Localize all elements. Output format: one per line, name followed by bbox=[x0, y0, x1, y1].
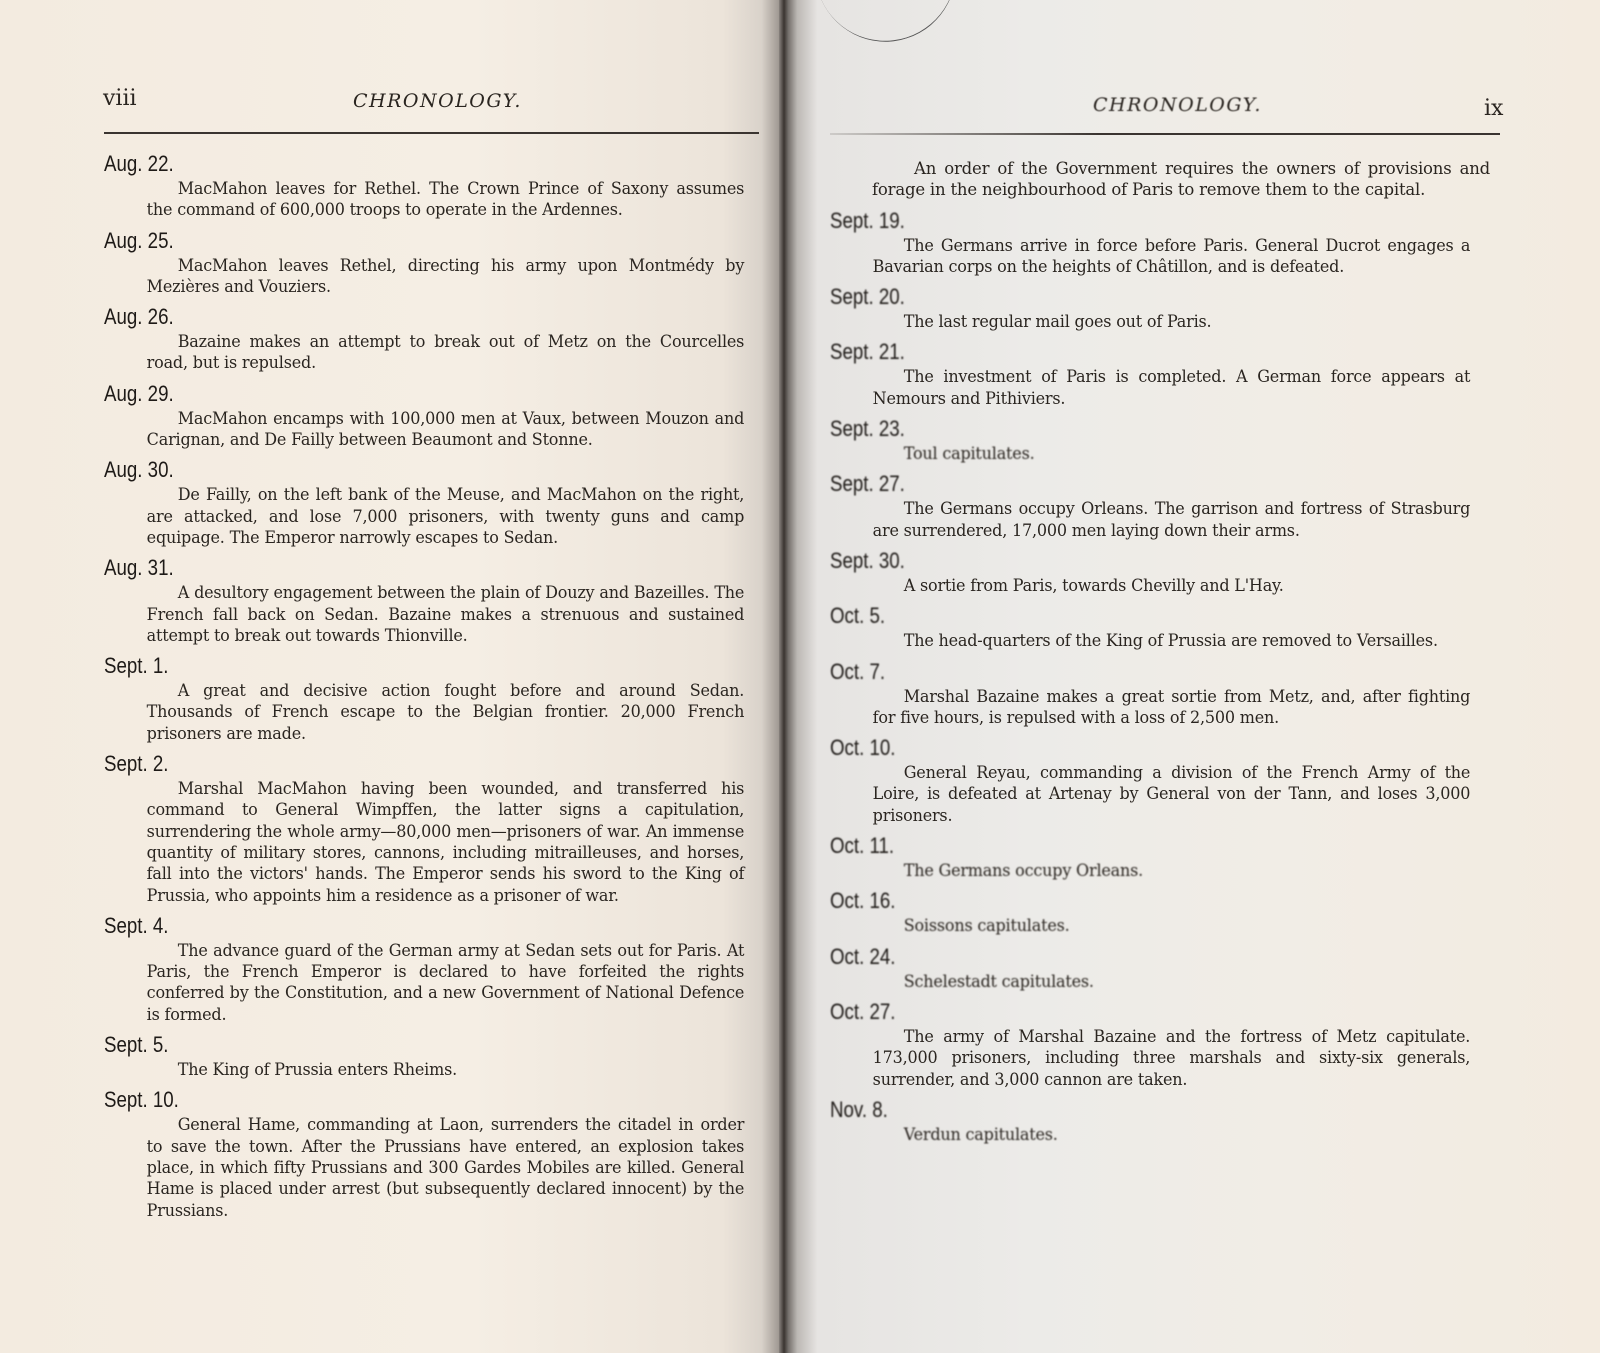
entry: Sept. 23.Toul capitulates. bbox=[830, 415, 1490, 464]
entry-text: A sortie from Paris, towards Chevilly an… bbox=[830, 575, 1470, 596]
entry-text: A great and decisive action fought befor… bbox=[104, 680, 744, 744]
entry-date: Sept. 5. bbox=[104, 1031, 665, 1059]
entry-date: Aug. 31. bbox=[104, 554, 665, 582]
right-running-title: CHRONOLOGY. bbox=[1093, 94, 1262, 116]
left-page-clip: Aug. 22.MacMahon leaves for Rethel. The … bbox=[0, 0, 770, 1353]
entry-date: Aug. 30. bbox=[104, 456, 665, 484]
continued-entry-text: An order of the Government requires the … bbox=[830, 158, 1490, 201]
entry-text: A desultory engagement between the plain… bbox=[104, 582, 744, 646]
entry-text: General Hame, commanding at Laon, surren… bbox=[104, 1114, 744, 1220]
entry-date: Oct. 5. bbox=[830, 602, 1391, 630]
entry-text: Marshal MacMahon having been wounded, an… bbox=[104, 778, 744, 906]
entry: Aug. 29.MacMahon encamps with 100,000 me… bbox=[104, 380, 764, 451]
entry-text: Verdun capitulates. bbox=[830, 1124, 1470, 1145]
entry-text: Bazaine makes an attempt to break out of… bbox=[104, 331, 744, 374]
entry-date: Aug. 22. bbox=[104, 150, 665, 178]
entry-date: Sept. 27. bbox=[830, 470, 1391, 498]
entry-text: The army of Marshal Bazaine and the fort… bbox=[830, 1026, 1470, 1090]
entry: Sept. 19.The Germans arrive in force bef… bbox=[830, 207, 1490, 278]
entry-date: Sept. 10. bbox=[104, 1086, 665, 1114]
entry: Sept. 21.The investment of Paris is comp… bbox=[830, 338, 1490, 409]
entry-text: Soissons capitulates. bbox=[830, 915, 1470, 936]
entry-date: Sept. 21. bbox=[830, 338, 1391, 366]
entry-date: Aug. 29. bbox=[104, 380, 665, 408]
entry-date: Oct. 16. bbox=[830, 887, 1391, 915]
entry: Sept. 10.General Hame, commanding at Lao… bbox=[104, 1086, 764, 1220]
entry: Sept. 30.A sortie from Paris, towards Ch… bbox=[830, 547, 1490, 596]
entry: Aug. 26.Bazaine makes an attempt to brea… bbox=[104, 303, 764, 374]
entry: Oct. 5.The head-quarters of the King of … bbox=[830, 602, 1490, 651]
entry-text: General Reyau, commanding a division of … bbox=[830, 762, 1470, 826]
entry: Aug. 25.MacMahon leaves Rethel, directin… bbox=[104, 227, 764, 298]
entry: Nov. 8.Verdun capitulates. bbox=[830, 1096, 1490, 1145]
entry: Oct. 11.The Germans occupy Orleans. bbox=[830, 832, 1490, 881]
entry-date: Oct. 24. bbox=[830, 943, 1391, 971]
right-header-rule bbox=[830, 133, 1500, 135]
entry-date: Oct. 11. bbox=[830, 832, 1391, 860]
entry: Sept. 1.A great and decisive action foug… bbox=[104, 652, 764, 744]
entry: Oct. 27.The army of Marshal Bazaine and … bbox=[830, 998, 1490, 1090]
entry-text: Schelestadt capitulates. bbox=[830, 971, 1470, 992]
entry-date: Sept. 23. bbox=[830, 415, 1391, 443]
entry: Sept. 27.The Germans occupy Orleans. The… bbox=[830, 470, 1490, 541]
entry-text: Toul capitulates. bbox=[830, 443, 1470, 464]
entry-text: MacMahon leaves for Rethel. The Crown Pr… bbox=[104, 178, 744, 221]
right-entries: An order of the Government requires the … bbox=[830, 158, 1490, 1151]
entry: Sept. 2.Marshal MacMahon having been wou… bbox=[104, 750, 764, 906]
entry-text: The Germans arrive in force before Paris… bbox=[830, 235, 1470, 278]
entry-text: The King of Prussia enters Rheims. bbox=[104, 1059, 744, 1080]
entry: Oct. 10.General Reyau, commanding a divi… bbox=[830, 734, 1490, 826]
entry-date: Sept. 30. bbox=[830, 547, 1391, 575]
entry: Oct. 16.Soissons capitulates. bbox=[830, 887, 1490, 936]
entry-date: Oct. 27. bbox=[830, 998, 1391, 1026]
entry-date: Oct. 10. bbox=[830, 734, 1391, 762]
entry: Aug. 30.De Failly, on the left bank of t… bbox=[104, 456, 764, 548]
entry: Sept. 5.The King of Prussia enters Rheim… bbox=[104, 1031, 764, 1080]
entry-text: Marshal Bazaine makes a great sortie fro… bbox=[830, 686, 1470, 729]
entry-text: The investment of Paris is completed. A … bbox=[830, 366, 1470, 409]
entry-date: Aug. 26. bbox=[104, 303, 665, 331]
entry-text: MacMahon encamps with 100,000 men at Vau… bbox=[104, 408, 744, 451]
entry-date: Sept. 20. bbox=[830, 283, 1391, 311]
entry-date: Oct. 7. bbox=[830, 658, 1391, 686]
entry-text: The Germans occupy Orleans. bbox=[830, 860, 1470, 881]
left-entries: Aug. 22.MacMahon leaves for Rethel. The … bbox=[104, 150, 764, 1227]
entry: Oct. 24.Schelestadt capitulates. bbox=[830, 943, 1490, 992]
entry-text: MacMahon leaves Rethel, directing his ar… bbox=[104, 255, 744, 298]
entry-date: Sept. 2. bbox=[104, 750, 665, 778]
entry-text: The advance guard of the German army at … bbox=[104, 940, 744, 1025]
entry: Sept. 20.The last regular mail goes out … bbox=[830, 283, 1490, 332]
entry-date: Sept. 4. bbox=[104, 912, 665, 940]
entry-text: The last regular mail goes out of Paris. bbox=[830, 311, 1470, 332]
entry-text: The Germans occupy Orleans. The garrison… bbox=[830, 498, 1470, 541]
entry: Sept. 4.The advance guard of the German … bbox=[104, 912, 764, 1025]
right-folio: ix bbox=[1484, 96, 1503, 121]
book-spread: viii CHRONOLOGY. CHRONOLOGY. ix Aug. 22.… bbox=[0, 0, 1600, 1353]
entry: Aug. 31.A desultory engagement between t… bbox=[104, 554, 764, 646]
entry-text: De Failly, on the left bank of the Meuse… bbox=[104, 484, 744, 548]
entry: Oct. 7.Marshal Bazaine makes a great sor… bbox=[830, 658, 1490, 729]
book-gutter bbox=[779, 0, 789, 1353]
entry-date: Aug. 25. bbox=[104, 227, 665, 255]
entry: Aug. 22.MacMahon leaves for Rethel. The … bbox=[104, 150, 764, 221]
entry-date: Nov. 8. bbox=[830, 1096, 1391, 1124]
entry-date: Sept. 19. bbox=[830, 207, 1391, 235]
entry-text: The head-quarters of the King of Prussia… bbox=[830, 630, 1470, 651]
entry-date: Sept. 1. bbox=[104, 652, 665, 680]
